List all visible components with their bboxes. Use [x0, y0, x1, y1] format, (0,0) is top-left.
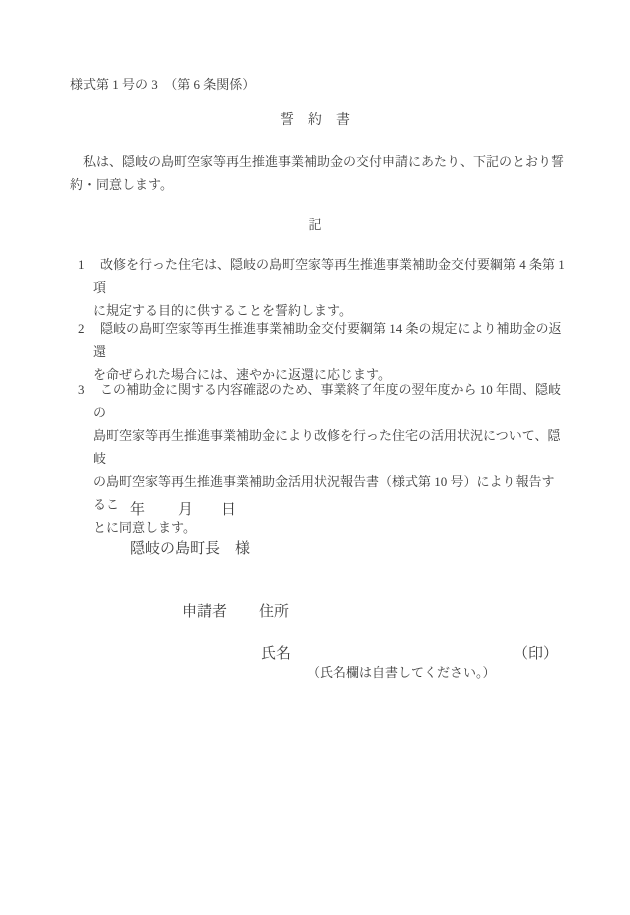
pledge-item-1-text: 改修を行った住宅は、隠岐の島町空家等再生推進事業補助金交付要綱第 4 条第 1 … [78, 253, 565, 322]
date-day-label: 日 [221, 499, 236, 522]
document-title: 誓 約 書 [0, 109, 630, 132]
seal-label: （印） [513, 643, 558, 666]
pledge-item-2-text: 隠岐の島町空家等再生推進事業補助金交付要綱第 14 条の規定により補助金の返還 … [78, 317, 565, 386]
pledge-document-page: 様式第 1 号の 3 （第 6 条関係） 誓 約 書 私は、隠岐の島町空家等再生… [0, 0, 630, 915]
ki-marker: 記 [0, 213, 630, 236]
applicant-label: 申請者 [182, 601, 227, 624]
pledge-item-3-number: 3 [78, 378, 85, 401]
addressee-line: 隠岐の島町長 様 [130, 538, 250, 561]
pledge-item-3: 3 この補助金に関する内容確認のため、事業終了年度の翌年度から 10 年間、隠岐… [78, 378, 565, 539]
intro-paragraph: 私は、隠岐の島町空家等再生推進事業補助金の交付申請にあたり、下記のとおり誓 約・… [70, 150, 567, 196]
pledge-item-1: 1 改修を行った住宅は、隠岐の島町空家等再生推進事業補助金交付要綱第 4 条第 … [78, 253, 565, 322]
date-month-label: 月 [178, 499, 193, 522]
address-label: 住所 [259, 601, 289, 624]
pledge-item-1-number: 1 [78, 253, 85, 276]
date-year-label: 年 [130, 499, 145, 522]
pledge-item-2-number: 2 [78, 317, 85, 340]
pledge-item-2: 2 隠岐の島町空家等再生推進事業補助金交付要綱第 14 条の規定により補助金の返… [78, 317, 565, 386]
form-number: 様式第 1 号の 3 （第 6 条関係） [70, 73, 255, 96]
pledge-item-3-text: この補助金に関する内容確認のため、事業終了年度の翌年度から 10 年間、隠岐の … [78, 378, 565, 539]
name-label: 氏名 [261, 643, 291, 666]
name-note: （氏名欄は自書してください。） [307, 661, 496, 684]
